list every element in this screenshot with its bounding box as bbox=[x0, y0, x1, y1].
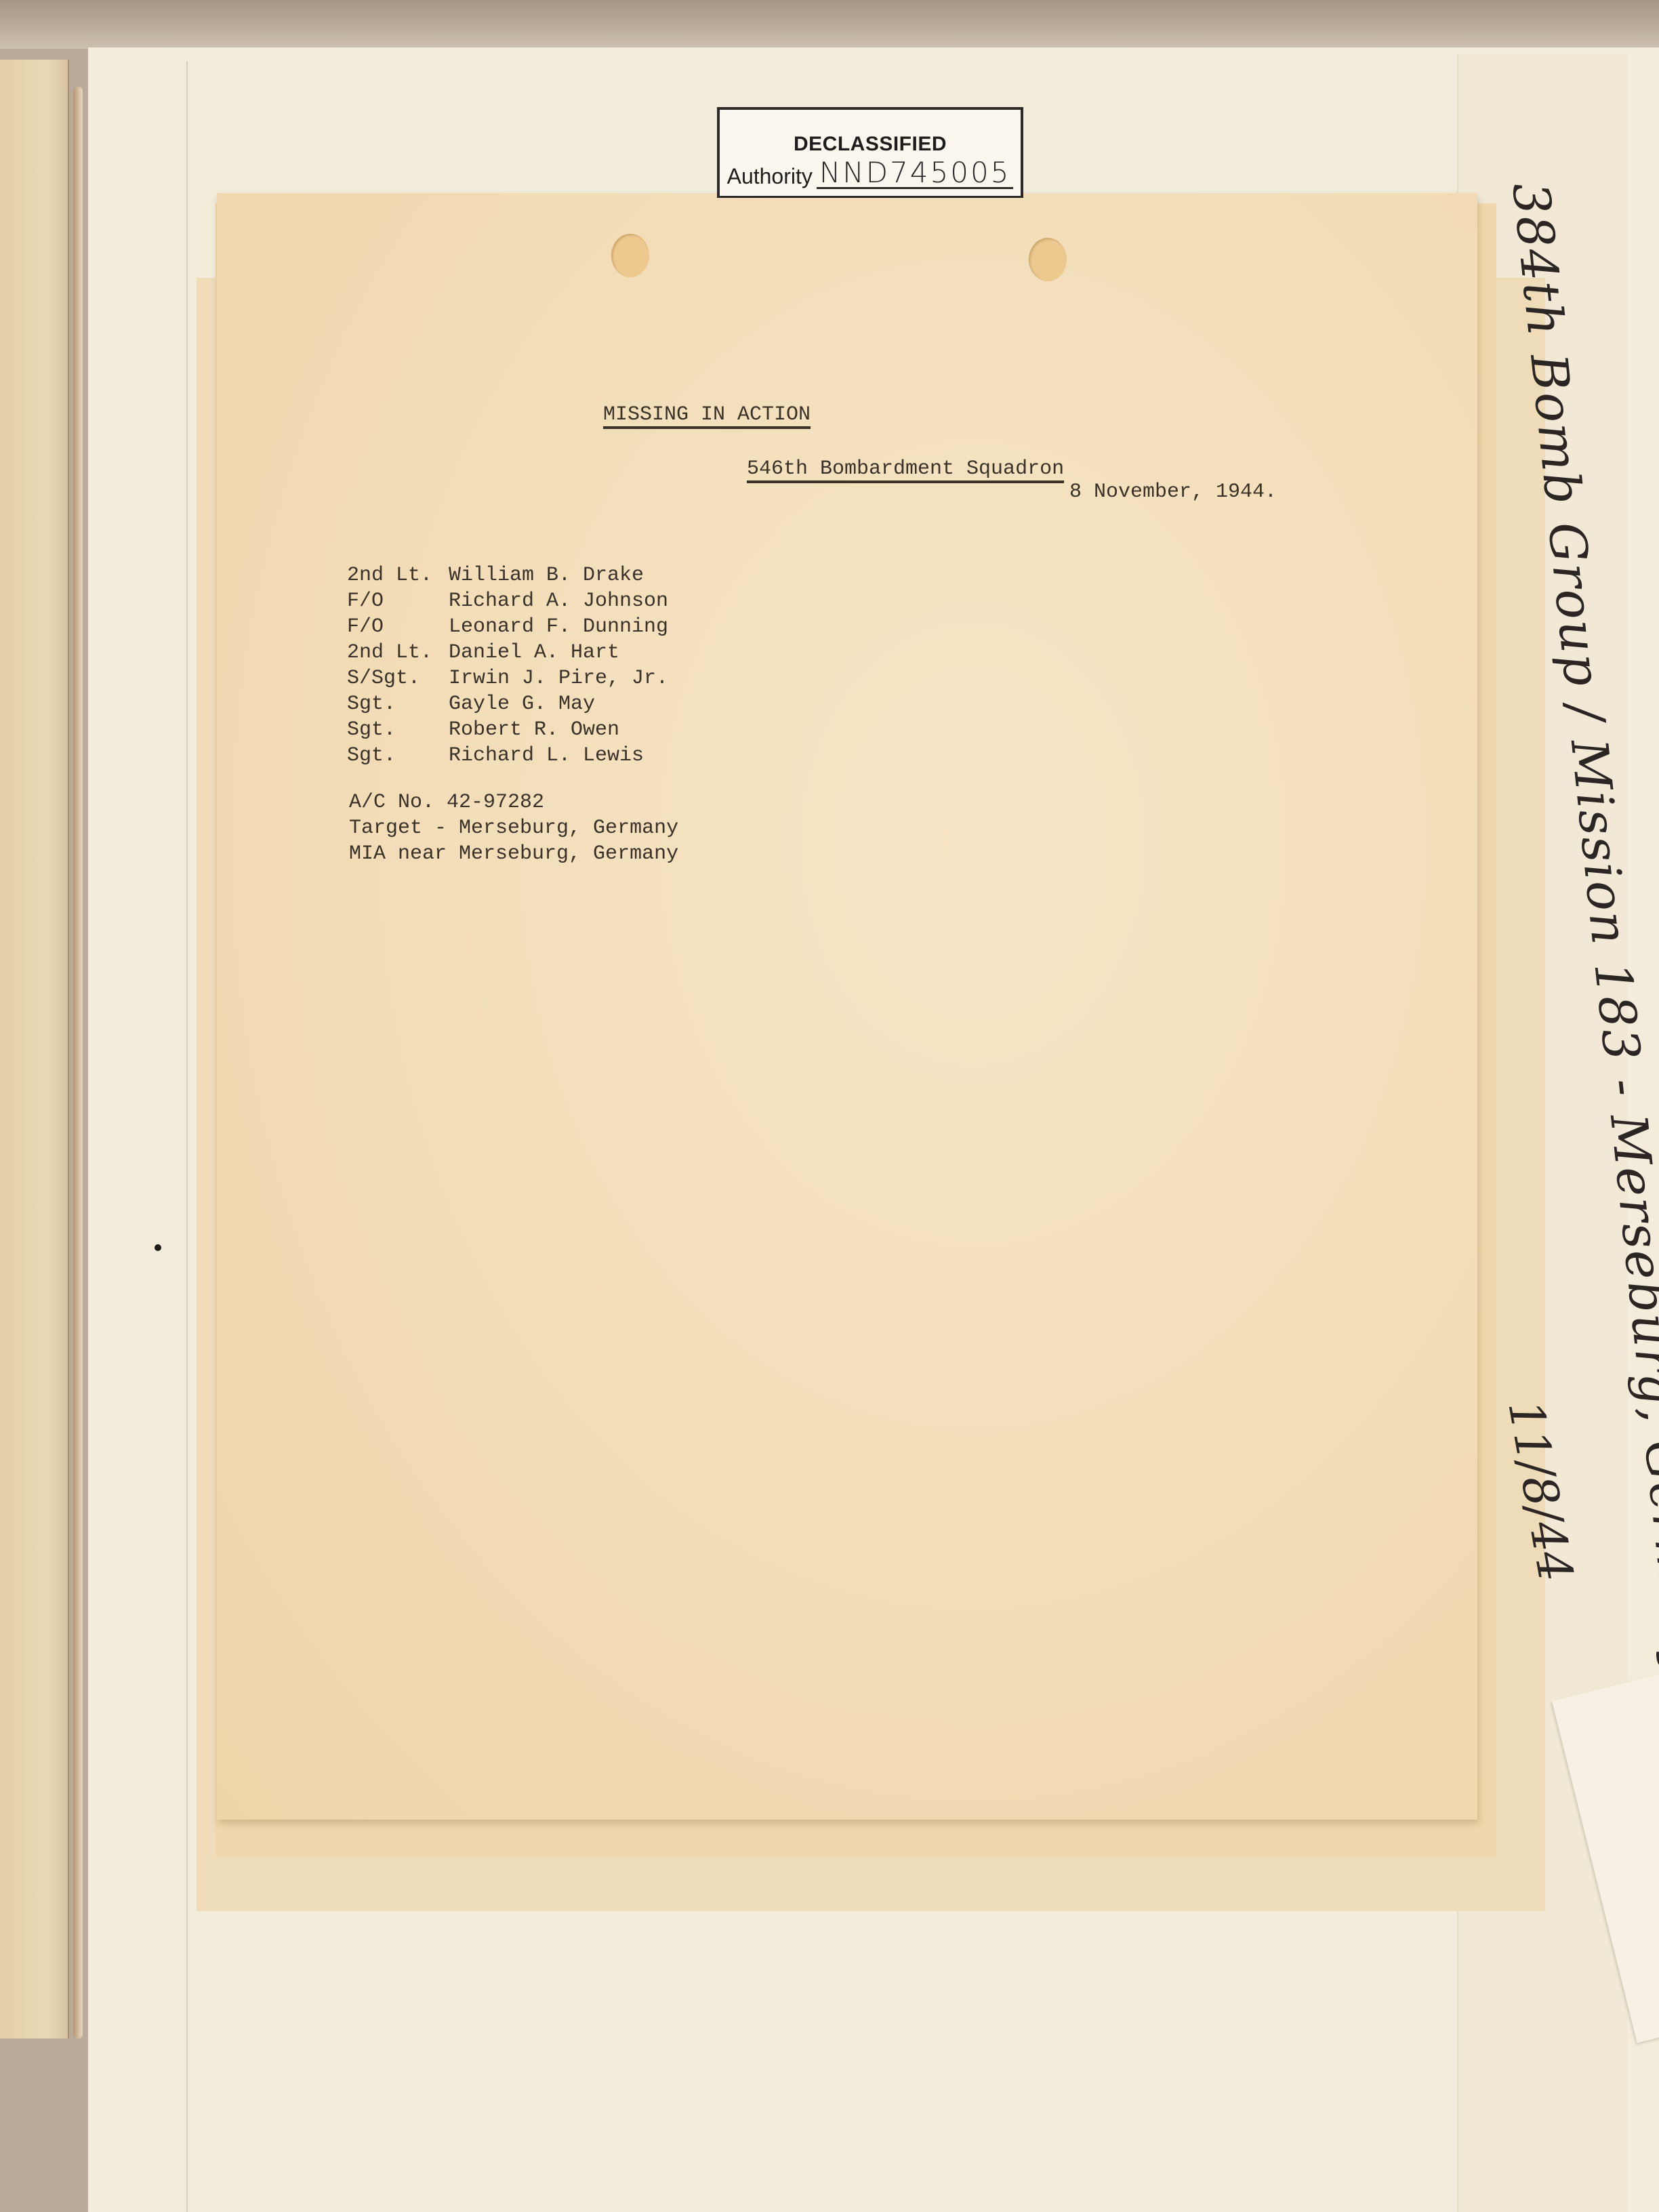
crew-row: F/O Richard A. Johnson bbox=[347, 588, 668, 614]
stamp-authority-value: NND745005 bbox=[817, 159, 1014, 189]
crew-name: Gayle G. May bbox=[449, 691, 595, 717]
crew-rank: Sgt. bbox=[347, 717, 449, 743]
crew-rank: F/O bbox=[347, 588, 449, 614]
document-heading: MISSING IN ACTION bbox=[603, 403, 811, 426]
punch-hole bbox=[611, 234, 649, 277]
background-surface bbox=[0, 0, 1659, 49]
crew-rank: F/O bbox=[347, 614, 449, 640]
crew-rank: Sgt. bbox=[347, 743, 449, 769]
stamp-authority-label: Authority bbox=[727, 164, 813, 189]
folder-speck bbox=[155, 1244, 161, 1251]
aircraft-info: A/C No. 42-97282 Target - Merseburg, Ger… bbox=[349, 790, 678, 867]
crew-name: Richard L. Lewis bbox=[449, 743, 644, 769]
unit-name: 546th Bombardment Squadron bbox=[747, 457, 1064, 480]
crew-name: Irwin J. Pire, Jr. bbox=[449, 665, 668, 691]
mission-target: Target - Merseburg, Germany bbox=[349, 815, 678, 841]
crew-name: Daniel A. Hart bbox=[449, 640, 619, 665]
crew-row: Sgt. Gayle G. May bbox=[347, 691, 668, 717]
punch-hole bbox=[1029, 238, 1067, 281]
crew-rank: 2nd Lt. bbox=[347, 562, 449, 588]
crew-list: 2nd Lt. William B. Drake F/O Richard A. … bbox=[347, 562, 668, 769]
crew-row: 2nd Lt. William B. Drake bbox=[347, 562, 668, 588]
declassified-stamp: DECLASSIFIED Authority NND745005 bbox=[717, 107, 1023, 198]
mia-document: MISSING IN ACTION 546th Bombardment Squa… bbox=[217, 193, 1477, 1820]
aircraft-number: A/C No. 42-97282 bbox=[349, 790, 678, 815]
crew-row: S/Sgt. Irwin J. Pire, Jr. bbox=[347, 665, 668, 691]
crew-rank: 2nd Lt. bbox=[347, 640, 449, 665]
mia-location: MIA near Merseburg, Germany bbox=[349, 841, 678, 867]
crew-name: Richard A. Johnson bbox=[449, 588, 668, 614]
crew-name: William B. Drake bbox=[449, 562, 644, 588]
crew-row: Sgt. Richard L. Lewis bbox=[347, 743, 668, 769]
crew-rank: Sgt. bbox=[347, 691, 449, 717]
crew-name: Leonard F. Dunning bbox=[449, 614, 668, 640]
crew-row: F/O Leonard F. Dunning bbox=[347, 614, 668, 640]
crew-row: Sgt. Robert R. Owen bbox=[347, 717, 668, 743]
folder-crease bbox=[186, 61, 188, 2212]
left-page-stack-edge bbox=[73, 87, 83, 2039]
crew-name: Robert R. Owen bbox=[449, 717, 619, 743]
left-page-stack bbox=[0, 60, 69, 2039]
crew-row: 2nd Lt. Daniel A. Hart bbox=[347, 640, 668, 665]
stamp-authority-row: Authority NND745005 bbox=[720, 159, 1021, 189]
crew-rank: S/Sgt. bbox=[347, 665, 449, 691]
stamp-title: DECLASSIFIED bbox=[720, 133, 1021, 156]
document-date: 8 November, 1944. bbox=[1069, 480, 1277, 504]
